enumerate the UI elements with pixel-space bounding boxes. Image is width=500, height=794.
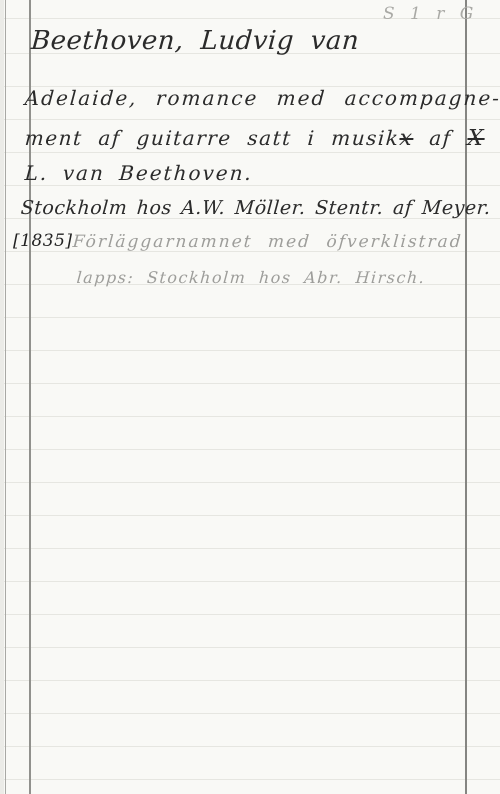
catalog-card-scan: S 1 r G Beethoven, Ludvig van Adelaide, … xyxy=(0,0,500,794)
struck-out-mark: X xyxy=(467,126,486,151)
pencil-note-line-1: Förläggarnamnet med öfverklistrad xyxy=(72,232,463,252)
entry-heading: Beethoven, Ludvig van xyxy=(30,26,360,56)
right-margin-rule xyxy=(465,0,467,794)
scan-edge-strip xyxy=(0,0,4,794)
title-line-2-text-cont: af xyxy=(413,126,469,150)
title-line-2: ment af guitarre satt i musikx af X xyxy=(24,126,486,151)
pencil-note-line-2: lapps: Stockholm hos Abr. Hirsch. xyxy=(76,268,426,287)
left-margin-rule xyxy=(29,0,31,794)
title-line-3: L. van Beethoven. xyxy=(24,161,254,185)
title-line-1: Adelaide, romance med accompagne- xyxy=(24,86,500,110)
imprint-line: Stockholm hos A.W. Möller. Stentr. af Me… xyxy=(20,197,491,219)
year-bracket: [1835] xyxy=(13,231,73,251)
left-edge-line xyxy=(5,0,6,794)
title-line-2-text: ment af guitarre satt i musik xyxy=(24,126,400,150)
shelfmark-annotation: S 1 r G xyxy=(383,4,478,24)
